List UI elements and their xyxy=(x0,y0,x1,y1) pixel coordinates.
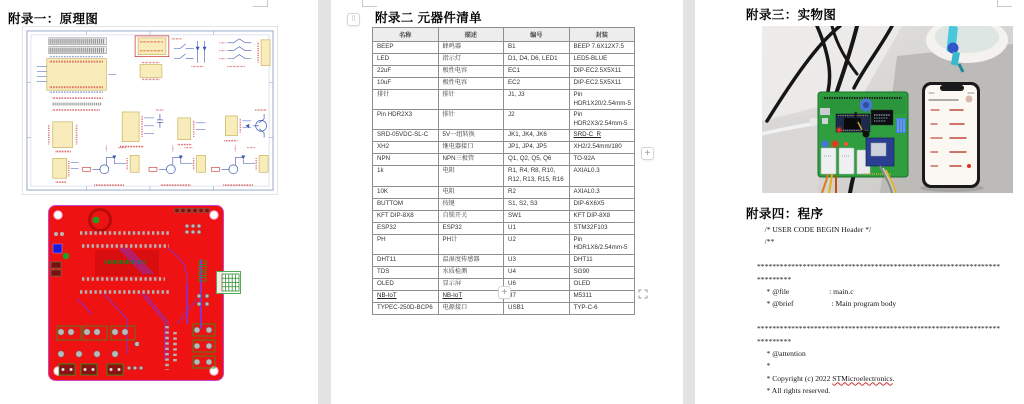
table-cell: R1, R4, R8, R10, R12, R13, R15, R16 xyxy=(504,166,570,186)
code-line xyxy=(757,249,1012,261)
schematic-figure[interactable] xyxy=(22,26,278,195)
table-drag-handle-icon[interactable]: ⠿ xyxy=(347,13,360,26)
table-cell: 电阻 xyxy=(438,166,504,186)
table-cell: BEEP 7.6X12X7.5 xyxy=(569,42,635,54)
table-cell: 极性电容 xyxy=(438,66,504,78)
table-cell: OLED xyxy=(373,278,439,290)
table-cell: ESP32 xyxy=(438,222,504,234)
table-cell: PH计 xyxy=(438,234,504,254)
table-cell: XH2 xyxy=(373,142,439,154)
table-cell: DIP-EC2.5X5X11 xyxy=(569,78,635,90)
table-row: BEEP蜂鸣器B1BEEP 7.6X12X7.5 xyxy=(373,42,635,54)
table-row: TDS水质检测U4SG90 xyxy=(373,266,635,278)
table-cell: R2 xyxy=(504,186,570,198)
table-cell: TDS xyxy=(373,266,439,278)
table-row: DHT11温湿度传感器U3DHT11 xyxy=(373,254,635,266)
table-cell: USB1 xyxy=(504,302,570,314)
table-row: KFT DIP-8X8自锁开关SW1KFT DIP-8X8 xyxy=(373,210,635,222)
table-cell: TO-92A xyxy=(569,154,635,166)
pcb-image xyxy=(47,204,225,382)
table-row: SRD-05VDC-SL-C5V一组转换JK1, JK4, JK6SRD-C_R xyxy=(373,130,635,142)
page-corner-mark xyxy=(362,0,377,7)
table-cell: 按键 xyxy=(438,198,504,210)
cell-link[interactable]: SRD-C_R xyxy=(574,131,602,138)
page-gutter xyxy=(318,0,331,404)
table-cell: 排针 xyxy=(373,90,439,110)
table-cell: DHT11 xyxy=(373,254,439,266)
table-cell: SW1 xyxy=(504,210,570,222)
table-cell: 自锁开关 xyxy=(438,210,504,222)
column-header: 编号 xyxy=(504,28,570,42)
table-row: XH2继电器接口JP1, JP4, JP5XH2/2.54mm/180 xyxy=(373,142,635,154)
table-row: ESP32ESP32U1STM32F103 xyxy=(373,222,635,234)
table-cell: Pin HDR2X3/2.54mm-5 xyxy=(569,110,635,130)
cell-link[interactable]: NB-IoT xyxy=(377,292,397,299)
table-cell: U2 xyxy=(504,234,570,254)
table-cell: TYP-C-6 xyxy=(569,302,635,314)
page-gutter xyxy=(683,0,695,404)
table-cell: LED5-BLUE xyxy=(569,54,635,66)
page-corner-mark xyxy=(997,0,1012,7)
code-line: ****************************************… xyxy=(757,261,1012,273)
add-row-button[interactable]: + xyxy=(498,286,511,299)
appendix3-heading: 附录三：实物图 xyxy=(746,5,836,23)
table-cell: 10uF xyxy=(373,78,439,90)
code-line: ****************************************… xyxy=(757,323,1012,335)
table-cell: 22uF xyxy=(373,66,439,78)
table-cell: SRD-05VDC-SL-C xyxy=(373,130,439,142)
table-cell: XH2/2.54mm/180 xyxy=(569,142,635,154)
code-line xyxy=(757,311,1012,323)
table-cell: Pin HDR2X3 xyxy=(373,110,439,130)
table-cell: S1, S2, S3 xyxy=(504,198,570,210)
spellcheck-word[interactable]: STMicroelectronics xyxy=(832,374,892,383)
code-line: * @attention xyxy=(757,348,1012,360)
table-cell: EC1 xyxy=(504,66,570,78)
table-cell: 指示灯 xyxy=(438,54,504,66)
table-cell: NB-IoT xyxy=(438,290,504,302)
table-cell: 蜂鸣器 xyxy=(438,42,504,54)
add-column-button[interactable]: + xyxy=(641,147,654,160)
table-cell: U4 xyxy=(504,266,570,278)
code-line: * @brief : Main program body xyxy=(757,298,1012,310)
table-cell: D1, D4, D6, LED1 xyxy=(504,54,570,66)
table-cell: DIP-EC2.5X5X11 xyxy=(569,66,635,78)
table-cell: PH xyxy=(373,234,439,254)
table-cell: OLED xyxy=(569,278,635,290)
table-cell: Q1, Q2, Q5, Q6 xyxy=(504,154,570,166)
table-cell: NPN xyxy=(373,154,439,166)
code-line: ********* xyxy=(757,274,1012,286)
table-cell: Pin HDR1X6/2.54mm-5 xyxy=(569,234,635,254)
page-corner-mark xyxy=(253,0,268,7)
table-row: 10K电阻R2AXIAL0.3 xyxy=(373,186,635,198)
table-cell: J1, J3 xyxy=(504,90,570,110)
table-row: 10uF极性电容EC2DIP-EC2.5X5X11 xyxy=(373,78,635,90)
table-cell: M5311 xyxy=(569,290,635,302)
table-cell: AXIAL0.3 xyxy=(569,166,635,186)
table-cell: TYPEC-250D-BCP6 xyxy=(373,302,439,314)
table-cell: U6 xyxy=(504,278,570,290)
table-cell: 电阻 xyxy=(438,186,504,198)
table-cell: DHT11 xyxy=(569,254,635,266)
table-cell: 排针 xyxy=(438,90,504,110)
code-line: * @file : main.c xyxy=(757,286,1012,298)
table-cell: EC2 xyxy=(504,78,570,90)
code-line: * xyxy=(757,360,1012,372)
table-cell: J2 xyxy=(504,110,570,130)
device-photo[interactable] xyxy=(762,26,1013,193)
table-cell: U3 xyxy=(504,254,570,266)
table-cell: NB-IoT xyxy=(373,290,439,302)
table-row: 排针排针J1, J3Pin HDR1X20/2.54mm-5 xyxy=(373,90,635,110)
table-cell: 极性电容 xyxy=(438,78,504,90)
table-cell: ESP32 xyxy=(373,222,439,234)
table-row: 1k电阻R1, R4, R8, R10, R12, R13, R15, R16A… xyxy=(373,166,635,186)
table-row: BUTTOM按键S1, S2, S3DIP-6X6X5 xyxy=(373,198,635,210)
table-row: TYPEC-250D-BCP6电源接口USB1TYP-C-6 xyxy=(373,302,635,314)
pcb-figure[interactable] xyxy=(47,204,225,382)
table-cell: BUTTOM xyxy=(373,198,439,210)
code-line: ********* xyxy=(757,336,1012,348)
table-cell: 水质检测 xyxy=(438,266,504,278)
table-cell: 10K xyxy=(373,186,439,198)
code-line: * All rights reserved. xyxy=(757,385,1012,397)
table-cell: SRD-C_R xyxy=(569,130,635,142)
table-row: 22uF极性电容EC1DIP-EC2.5X5X11 xyxy=(373,66,635,78)
code-line: * Copyright (c) 2022 STMicroelectronics. xyxy=(757,373,1012,385)
code-line: /** xyxy=(757,236,1012,248)
table-cell: 继电器接口 xyxy=(438,142,504,154)
table-cell: JK1, JK4, JK6 xyxy=(504,130,570,142)
table-cell: AXIAL0.3 xyxy=(569,186,635,198)
column-header: 名称 xyxy=(373,28,439,42)
table-cell: LED xyxy=(373,54,439,66)
table-row: Pin HDR2X3排针J2Pin HDR2X3/2.54mm-5 xyxy=(373,110,635,130)
column-header: 描述 xyxy=(438,28,504,42)
table-row: PHPH计U2Pin HDR1X6/2.54mm-5 xyxy=(373,234,635,254)
table-cell: JP1, JP4, JP5 xyxy=(504,142,570,154)
document-canvas: { "page1": { "heading": "附录一：原理图" }, "pa… xyxy=(0,0,1024,404)
table-cell: U1 xyxy=(504,222,570,234)
table-cell: 1k xyxy=(373,166,439,186)
appendix4-heading: 附录四：程序 xyxy=(746,204,823,222)
table-cell: B1 xyxy=(504,42,570,54)
schematic-image xyxy=(23,27,277,194)
grid-icon[interactable] xyxy=(216,271,241,294)
component-table: 名称描述编号封装 BEEP蜂鸣器B1BEEP 7.6X12X7.5LED指示灯D… xyxy=(372,27,635,315)
table-cell: KFT DIP-8X8 xyxy=(373,210,439,222)
component-table-head-row: 名称描述编号封装 xyxy=(373,28,635,42)
table-row: NPNNPN三极管Q1, Q2, Q5, Q6TO-92A xyxy=(373,154,635,166)
table-cell: Pin HDR1X20/2.54mm-5 xyxy=(569,90,635,110)
table-cell: 5V一组转换 xyxy=(438,130,504,142)
table-cell: NPN三极管 xyxy=(438,154,504,166)
table-cell: 显示屏 xyxy=(438,278,504,290)
table-cell: 温湿度传感器 xyxy=(438,254,504,266)
table-cell: U7 xyxy=(504,290,570,302)
table-row: LED指示灯D1, D4, D6, LED1LED5-BLUE xyxy=(373,54,635,66)
table-cell: 排针 xyxy=(438,110,504,130)
table-cell: KFT DIP-8X8 xyxy=(569,210,635,222)
table-cell: BEEP xyxy=(373,42,439,54)
code-line: /* USER CODE BEGIN Header */ xyxy=(757,224,1012,236)
device-photo-image xyxy=(762,26,1013,193)
cell-link[interactable]: NB-IoT xyxy=(443,292,463,299)
expand-table-icon[interactable] xyxy=(637,287,649,299)
code-block: /* USER CODE BEGIN Header */ /** *******… xyxy=(757,224,1012,397)
table-cell: SG90 xyxy=(569,266,635,278)
column-header: 封装 xyxy=(569,28,635,42)
appendix1-heading: 附录一：原理图 xyxy=(8,9,98,27)
table-cell: STM32F103 xyxy=(569,222,635,234)
component-table-body: BEEP蜂鸣器B1BEEP 7.6X12X7.5LED指示灯D1, D4, D6… xyxy=(373,42,635,315)
appendix2-heading: 附录二 元器件清单 xyxy=(375,8,482,26)
table-cell: 电源接口 xyxy=(438,302,504,314)
table-cell: DIP-6X6X5 xyxy=(569,198,635,210)
